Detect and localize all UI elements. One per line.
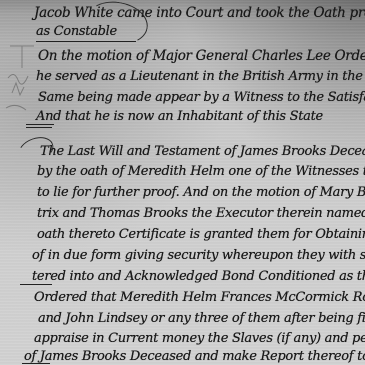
- entry-lieutenant-line-2: he served as a Lieutenant in the British…: [36, 69, 365, 84]
- and-underline-2: [26, 127, 52, 128]
- entry-will-line-6: of in due form giving security whereupon…: [32, 248, 365, 263]
- and-underline: [26, 124, 54, 125]
- entry-will-line-4: trix and Thomas Brooks the Executor ther…: [37, 206, 365, 221]
- entry-will-line-7: tered into and Acknowledged Bond Conditi…: [32, 269, 365, 284]
- of-underline: [22, 363, 50, 364]
- tered-underline: [20, 284, 52, 285]
- entry-will-line-5: oath thereto Certificate is granted them…: [37, 227, 365, 242]
- entry-will-line-9: and John Lindsey or any three of them af…: [38, 311, 365, 326]
- entry-will-line-3: to lie for further proof. And on the mot…: [37, 185, 365, 200]
- document-page: Jacob White came into Court and took the…: [0, 0, 365, 365]
- entry-lieutenant-line-1: On the motion of Major General Charles L…: [38, 48, 365, 64]
- entry-will-line-10: appraise in Current money the Slaves (if…: [34, 331, 365, 346]
- entry-will-line-1: The Last Will and Testament of James Bro…: [40, 144, 365, 159]
- entry-lieutenant-line-4: And that he is now an Inhabitant of this…: [36, 109, 323, 124]
- entry-will-line-2: by the oath of Meredith Helm one of the …: [37, 164, 365, 179]
- entry-lieutenant-line-3: Same being made appear by a Witness to t…: [38, 90, 365, 105]
- entry-will-line-11: of James Brooks Deceased and make Report…: [24, 349, 365, 364]
- entry-will-line-8: Ordered that Meredith Helm Frances McCor…: [34, 290, 365, 305]
- entry-constable-line-1: Jacob White came into Court and took the…: [34, 5, 365, 21]
